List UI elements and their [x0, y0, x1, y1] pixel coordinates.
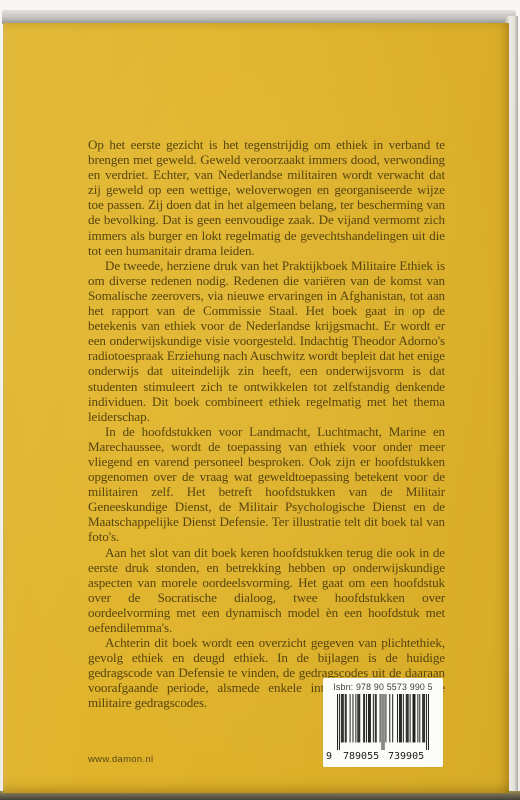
barcode-digit-prefix: 9: [326, 751, 332, 762]
book-top-edge: [2, 10, 516, 24]
barcode-panel: Isbn: 978 90 5573 990 5 9 789055 739905: [323, 678, 443, 767]
blurb-paragraph: Aan het slot van dit boek keren hoofdstu…: [88, 545, 445, 636]
book-photo: Op het eerste gezicht is het tegenstrijd…: [0, 0, 520, 800]
barcode-digits-right: 739905: [388, 751, 424, 762]
isbn-label: Isbn: 978 90 5573 990 5: [323, 682, 443, 692]
blurb-paragraph: De tweede, herziene druk van het Praktij…: [88, 258, 445, 424]
book-back-cover: Op het eerste gezicht is het tegenstrijd…: [3, 23, 509, 793]
website-url: www.damon.nl: [88, 754, 153, 765]
barcode-digits-left: 789055: [343, 751, 379, 762]
blurb-paragraph: In de hoofdstukken voor Landmacht, Lucht…: [88, 424, 445, 545]
ean13-barcode: [337, 694, 429, 750]
barcode-digits: 9 789055 739905: [337, 751, 429, 764]
blurb: Op het eerste gezicht is het tegenstrijd…: [88, 137, 445, 711]
blurb-paragraph: Op het eerste gezicht is het tegenstrijd…: [88, 137, 445, 258]
